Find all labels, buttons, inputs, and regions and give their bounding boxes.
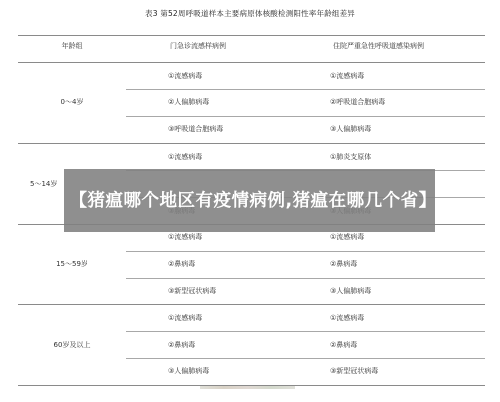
header-outpatient: 门急诊流感样病例	[170, 41, 226, 51]
table-cell: ②呼吸道合胞病毒	[330, 97, 385, 107]
headline-overlay[interactable]: 【猪瘟哪个地区有疫情病例,猪瘟在哪几个省】	[64, 169, 435, 232]
table-cell: ①肺炎支原体	[330, 152, 371, 162]
table-cell: ②鼻病毒	[168, 259, 195, 269]
table-cell: ①流感病毒	[330, 71, 364, 81]
table-cell: ①流感病毒	[330, 313, 364, 323]
row-rule	[126, 278, 485, 279]
table-cell: ③呼吸道合胞病毒	[168, 124, 223, 134]
table-cell: ①流感病毒	[168, 232, 202, 242]
group-rule	[18, 304, 485, 305]
table-cell: ①流感病毒	[168, 71, 202, 81]
table-title: 表3 第52周呼吸道样本主要病原体核酸检测阳性率年龄组差异	[0, 8, 500, 19]
row-rule	[126, 116, 485, 117]
table-cell: ①流感病毒	[330, 232, 364, 242]
group-rule	[18, 143, 485, 144]
age-group-cell: 15～59岁	[18, 259, 126, 269]
row-rule	[126, 358, 485, 359]
table-cell: ③新型冠状病毒	[168, 286, 216, 296]
table-cell: ③新型冠状病毒	[330, 366, 378, 376]
table-cell: ③人偏肺病毒	[330, 124, 371, 134]
table-cell: ③人偏肺病毒	[330, 286, 371, 296]
row-rule	[126, 251, 485, 252]
age-group-cell: 0～4岁	[18, 97, 126, 107]
table-cell: ②鼻病毒	[330, 340, 357, 350]
header-age-group: 年龄组	[18, 41, 126, 51]
table-cell: ①流感病毒	[168, 152, 202, 162]
table-cell: ②鼻病毒	[168, 340, 195, 350]
age-group-cell: 60岁及以上	[18, 340, 126, 350]
table-cell: ②鼻病毒	[330, 259, 357, 269]
table-top-rule	[18, 35, 485, 36]
table-cell: ②人偏肺病毒	[168, 97, 209, 107]
row-rule	[126, 89, 485, 90]
table-cell: ①流感病毒	[168, 313, 202, 323]
header-inpatient: 住院严重急性呼吸道感染病例	[333, 41, 424, 51]
headline-text[interactable]: 【猪瘟哪个地区有疫情病例,猪瘟在哪几个省】	[70, 190, 430, 212]
image-artifact	[200, 386, 295, 389]
row-rule	[126, 331, 485, 332]
age-group-cell: 5～14岁	[30, 179, 57, 189]
table-cell: ③人偏肺病毒	[168, 366, 209, 376]
header-rule	[18, 62, 485, 63]
